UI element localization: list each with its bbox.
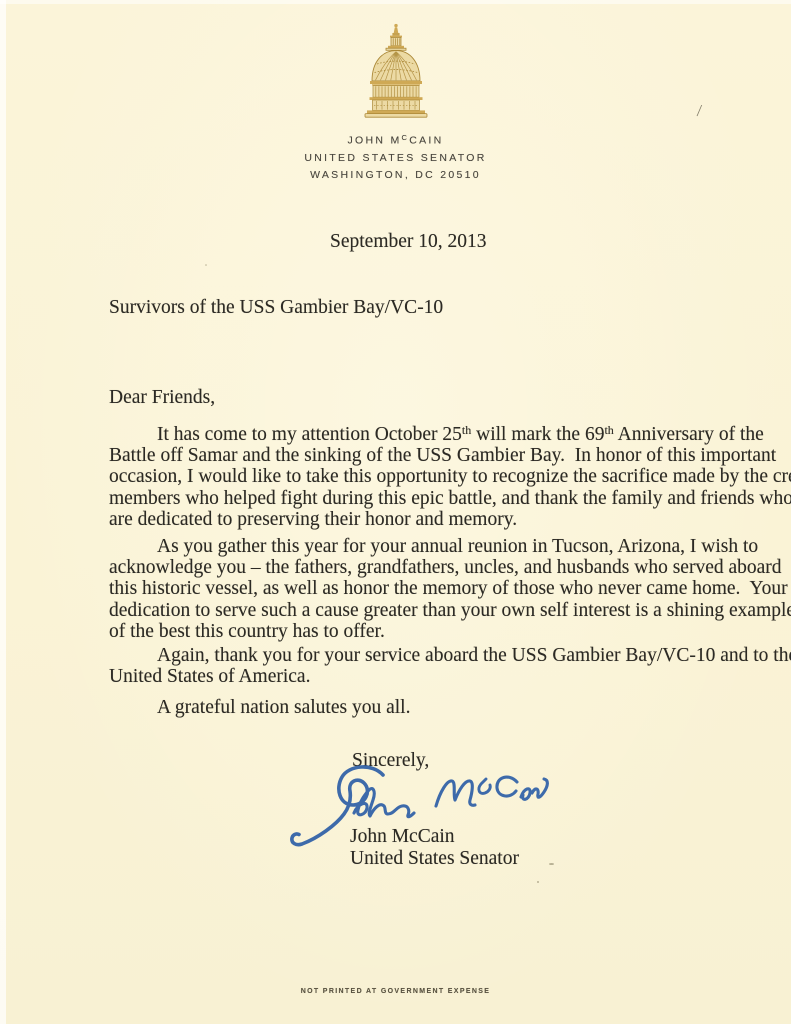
body-paragraph-2: As you gather this year for your annual …: [109, 536, 709, 642]
paragraph-line: dedication to serve such a cause greater…: [109, 600, 709, 621]
scan-edge-top: [0, 0, 791, 4]
paragraph-line: are dedicated to preserving their honor …: [109, 509, 709, 530]
letterhead-name-post: CAIN: [409, 135, 443, 147]
footer-note: NOT PRINTED AT GOVERNMENT EXPENSE: [0, 988, 791, 995]
letterhead-name-pre: JOHN M: [347, 135, 401, 147]
ordinal-superscript: th: [604, 423, 613, 437]
signed-name: John McCain: [350, 826, 455, 848]
paragraph-line: this historic vessel, as well as honor t…: [109, 578, 709, 599]
paragraph-line: As you gather this year for your annual …: [109, 536, 709, 557]
capitol-dome-icon: [362, 22, 430, 119]
signature-stroke-ohn: [354, 789, 414, 817]
paragraph-line: acknowledge you – the fathers, grandfath…: [109, 557, 709, 578]
paragraph-line: Battle off Samar and the sinking of the …: [109, 445, 709, 466]
scanned-letter-page: JOHN MCCAIN UNITED STATES SENATOR WASHIN…: [0, 0, 791, 1024]
paragraph-line: A grateful nation salutes you all.: [109, 697, 709, 718]
signed-title: United States Senator: [350, 848, 519, 870]
paragraph-line: of the best this country has to offer.: [109, 621, 709, 642]
signature-stroke-cain: [497, 777, 547, 799]
body-paragraph-3: Again, thank you for your service aboard…: [109, 645, 709, 687]
pen-mark: /: [696, 101, 702, 121]
paragraph-line: United States of America.: [109, 666, 709, 687]
scan-speck: [537, 881, 539, 883]
letterhead-title: UNITED STATES SENATOR: [0, 150, 791, 167]
paragraph-line: members who helped fight during this epi…: [109, 488, 709, 509]
ordinal-superscript: th: [462, 423, 471, 437]
scan-speck: [205, 264, 207, 266]
signature-stroke-m: [436, 781, 475, 806]
recipient-line: Survivors of the USS Gambier Bay/VC-10: [109, 297, 443, 319]
letterhead-address: WASHINGTON, DC 20510: [0, 167, 791, 184]
scan-speck: [549, 863, 554, 865]
body-paragraph-4: A grateful nation salutes you all.: [109, 697, 709, 718]
date-line: September 10, 2013: [330, 231, 487, 253]
paragraph-line: Again, thank you for your service aboard…: [109, 645, 709, 666]
letterhead-name: JOHN MCCAIN: [0, 129, 791, 150]
paragraph-text: It has come to my attention October 25: [157, 424, 462, 445]
paragraph-line: It has come to my attention October 25th…: [109, 424, 709, 445]
paragraph-text: will mark the 69: [471, 424, 604, 445]
body-paragraph-1: It has come to my attention October 25th…: [109, 424, 709, 530]
signature-stroke-c: [479, 779, 490, 793]
paragraph-line: occasion, I would like to take this oppo…: [109, 466, 709, 487]
salutation: Dear Friends,: [109, 387, 215, 409]
letterhead: JOHN MCCAIN UNITED STATES SENATOR WASHIN…: [0, 129, 791, 184]
paragraph-text: Anniversary of the: [614, 424, 764, 445]
